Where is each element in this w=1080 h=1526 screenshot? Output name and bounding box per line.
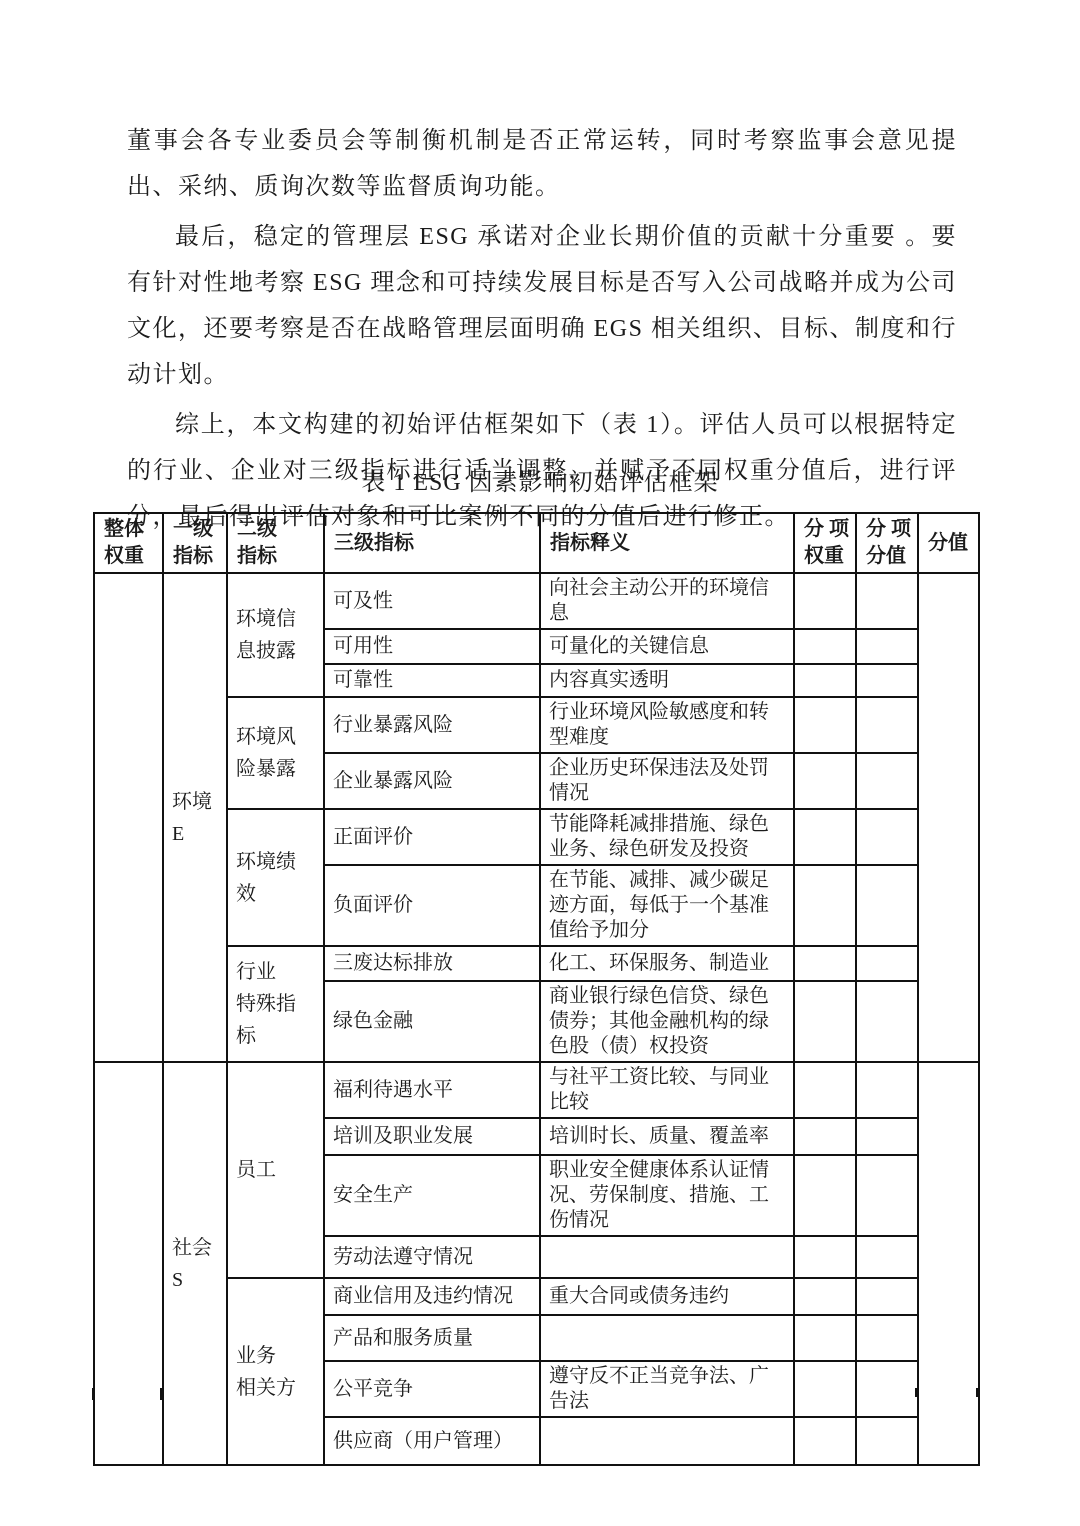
meaning-cell: 企业历史环保违法及处罚情况 [540, 753, 794, 809]
meaning-cell [540, 1315, 794, 1361]
item-weight-cell [794, 629, 856, 664]
item-score-cell [856, 1278, 918, 1315]
section-environment: 环境E [163, 573, 227, 1062]
item-score-cell [856, 946, 918, 981]
item-score-cell [856, 573, 918, 629]
item-weight-cell [794, 946, 856, 981]
item-score-cell [856, 1062, 918, 1118]
item-weight-cell [794, 1118, 856, 1155]
table-continuation-stub [976, 1388, 978, 1397]
l3-indicator: 行业暴露风险 [324, 697, 540, 753]
item-weight-cell [794, 981, 856, 1062]
meaning-cell: 可量化的关键信息 [540, 629, 794, 664]
l3-indicator: 公平竞争 [324, 1361, 540, 1417]
item-weight-cell [794, 573, 856, 629]
item-score-cell [856, 865, 918, 946]
meaning-cell: 节能降耗减排措施、绿色业务、绿色研发及投资 [540, 809, 794, 865]
table-continuation-stub [92, 1388, 94, 1400]
l3-indicator: 负面评价 [324, 865, 540, 946]
table-continuation-stub [160, 1388, 162, 1400]
meaning-cell: 与社平工资比较、与同业比较 [540, 1062, 794, 1118]
item-weight-cell [794, 664, 856, 697]
table-row: 行业 特殊指标 三废达标排放 化工、环保服务、制造业 [94, 946, 979, 981]
header-level3-indicator: 三级指标 [324, 513, 540, 573]
l3-indicator: 安全生产 [324, 1155, 540, 1236]
item-score-cell [856, 1155, 918, 1236]
item-weight-cell [794, 1155, 856, 1236]
group-env-disclosure: 环境信息披露 [227, 573, 324, 697]
group-employee: 员工 [227, 1062, 324, 1278]
header-overall-weight: 整体 权重 [94, 513, 163, 573]
section-social: 社会S [163, 1062, 227, 1465]
group-industry-special: 行业 特殊指标 [227, 946, 324, 1062]
group-env-risk: 环境风险暴露 [227, 697, 324, 809]
l3-indicator: 劳动法遵守情况 [324, 1236, 540, 1278]
header-level1-indicator: 一级 指标 [163, 513, 227, 573]
l3-indicator: 可靠性 [324, 664, 540, 697]
item-weight-cell [794, 1278, 856, 1315]
table-row: 环境绩效 正面评价 节能降耗减排措施、绿色业务、绿色研发及投资 [94, 809, 979, 865]
esg-framework-table: 整体 权重 一级 指标 二级 指标 三级指标 指标释义 分 项 权重 分 项 分… [93, 512, 980, 1466]
overall-weight-cell-s [94, 1062, 163, 1465]
item-score-cell [856, 1361, 918, 1417]
table-row: 环境风险暴露 行业暴露风险 行业环境风险敏感度和转型难度 [94, 697, 979, 753]
item-weight-cell [794, 1315, 856, 1361]
item-weight-cell [794, 1062, 856, 1118]
l3-indicator: 企业暴露风险 [324, 753, 540, 809]
l3-indicator: 福利待遇水平 [324, 1062, 540, 1118]
meaning-cell: 职业安全健康体系认证情况、劳保制度、措施、工伤情况 [540, 1155, 794, 1236]
score-cell-e [918, 573, 979, 1062]
table-row: 社会S 员工 福利待遇水平 与社平工资比较、与同业比较 [94, 1062, 979, 1118]
item-score-cell [856, 664, 918, 697]
l3-indicator: 产品和服务质量 [324, 1315, 540, 1361]
item-weight-cell [794, 697, 856, 753]
item-weight-cell [794, 865, 856, 946]
header-level2-indicator: 二级 指标 [227, 513, 324, 573]
l3-indicator: 商业信用及违约情况 [324, 1278, 540, 1315]
table-row: 环境E 环境信息披露 可及性 向社会主动公开的环境信息 [94, 573, 979, 629]
table-continuation-stub [915, 1388, 917, 1397]
l3-indicator: 供应商（用户管理） [324, 1417, 540, 1465]
meaning-cell: 在节能、减排、减少碳足迹方面，每低于一个基准值给予加分 [540, 865, 794, 946]
item-score-cell [856, 1315, 918, 1361]
meaning-cell [540, 1417, 794, 1465]
item-score-cell [856, 1236, 918, 1278]
header-score: 分值 [918, 513, 979, 573]
meaning-cell: 商业银行绿色信贷、绿色债券；其他金融机构的绿色股（债）权投资 [540, 981, 794, 1062]
score-cell-s [918, 1062, 979, 1465]
meaning-cell [540, 1236, 794, 1278]
meaning-cell: 重大合同或债务违约 [540, 1278, 794, 1315]
meaning-cell: 化工、环保服务、制造业 [540, 946, 794, 981]
item-weight-cell [794, 1417, 856, 1465]
item-score-cell [856, 629, 918, 664]
l3-indicator: 可用性 [324, 629, 540, 664]
item-score-cell [856, 1417, 918, 1465]
l3-indicator: 三废达标排放 [324, 946, 540, 981]
item-weight-cell [794, 809, 856, 865]
paragraph: 董事会各专业委员会等制衡机制是否正常运转，同时考察监事会意见提出、采纳、质询次数… [127, 118, 957, 210]
item-score-cell [856, 753, 918, 809]
meaning-cell: 遵守反不正当竞争法、广告法 [540, 1361, 794, 1417]
header-item-score: 分 项 分值 [856, 513, 918, 573]
group-env-performance: 环境绩效 [227, 809, 324, 946]
paragraph: 最后，稳定的管理层 ESG 承诺对企业长期价值的贡献十分重要 。要有针对性地考察… [127, 214, 957, 398]
item-score-cell [856, 697, 918, 753]
table-caption: 表 1 ESG 因素影响初始评估框架 [0, 462, 1080, 497]
item-weight-cell [794, 1236, 856, 1278]
document-page: 董事会各专业委员会等制衡机制是否正常运转，同时考察监事会意见提出、采纳、质询次数… [0, 0, 1080, 1526]
header-meaning: 指标释义 [540, 513, 794, 573]
meaning-cell: 培训时长、质量、覆盖率 [540, 1118, 794, 1155]
item-weight-cell [794, 753, 856, 809]
header-item-weight: 分 项 权重 [794, 513, 856, 573]
item-score-cell [856, 1118, 918, 1155]
meaning-cell: 向社会主动公开的环境信息 [540, 573, 794, 629]
l3-indicator: 可及性 [324, 573, 540, 629]
table-header-row: 整体 权重 一级 指标 二级 指标 三级指标 指标释义 分 项 权重 分 项 分… [94, 513, 979, 573]
l3-indicator: 绿色金融 [324, 981, 540, 1062]
item-score-cell [856, 981, 918, 1062]
overall-weight-cell-e [94, 573, 163, 1062]
item-score-cell [856, 809, 918, 865]
l3-indicator: 正面评价 [324, 809, 540, 865]
item-weight-cell [794, 1361, 856, 1417]
meaning-cell: 内容真实透明 [540, 664, 794, 697]
meaning-cell: 行业环境风险敏感度和转型难度 [540, 697, 794, 753]
table-row: 业务 相关方 商业信用及违约情况 重大合同或债务违约 [94, 1278, 979, 1315]
group-business-parties: 业务 相关方 [227, 1278, 324, 1465]
l3-indicator: 培训及职业发展 [324, 1118, 540, 1155]
